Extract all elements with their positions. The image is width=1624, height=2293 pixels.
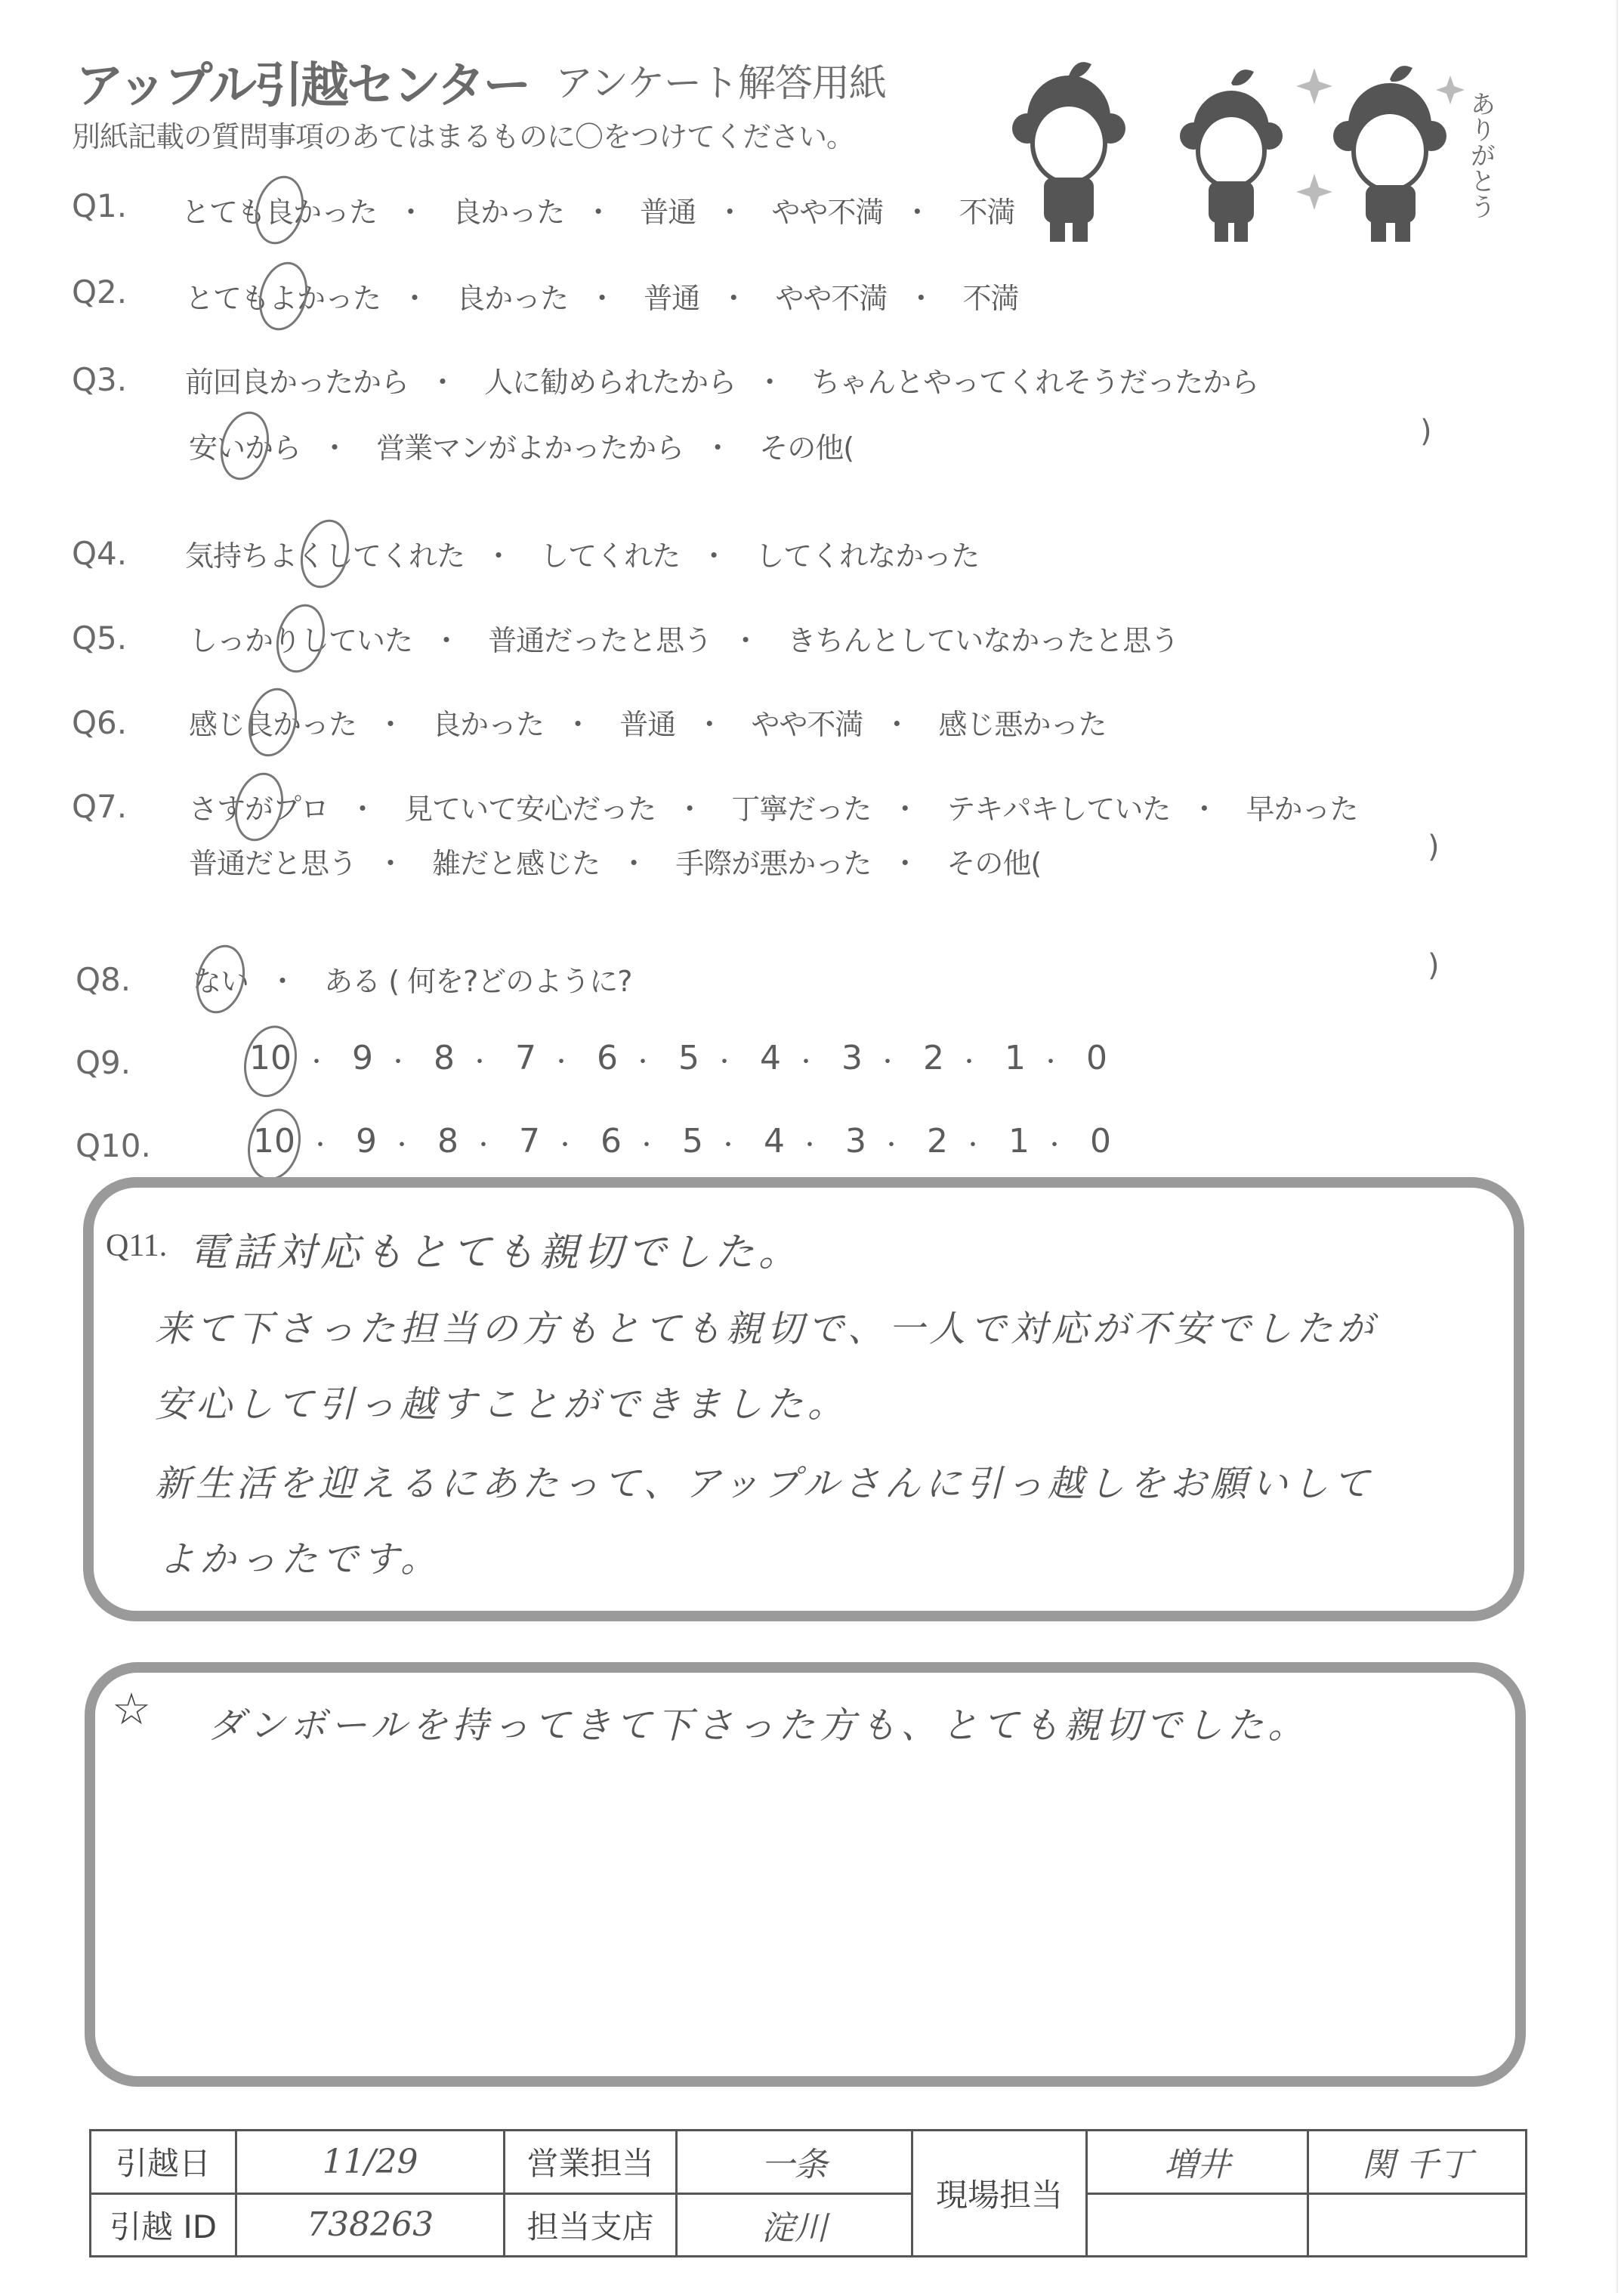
q6-label: Q6. xyxy=(72,704,127,741)
field-staff-1[interactable]: 増井 xyxy=(1087,2131,1308,2194)
q3-close-paren: ) xyxy=(1420,414,1432,449)
q11-line-1: 電話対応もとても親切でした。 xyxy=(189,1220,802,1277)
q6-option-5[interactable]: 感じ悪かった xyxy=(939,701,1107,743)
q11-line-3: 安心して引っ越すことができました。 xyxy=(155,1375,848,1427)
q9-score-10[interactable]: 10 xyxy=(249,1039,292,1077)
q7-close-paren: ) xyxy=(1428,830,1440,864)
q10-score-7[interactable]: 7 xyxy=(519,1122,540,1160)
q5-label: Q5. xyxy=(72,620,127,657)
q7-option-4[interactable]: テキパキしていた xyxy=(946,786,1170,827)
q5-option-2[interactable]: 普通だったと思う xyxy=(488,617,712,659)
q8-options: ない・ ある ( 何を?どのように? xyxy=(193,958,631,1000)
q5-option-3[interactable]: きちんとしていなかったと思う xyxy=(787,617,1178,659)
q3-option-2[interactable]: 人に勧められたから xyxy=(484,359,736,400)
q1-option-1[interactable]: とても良かった xyxy=(181,189,377,230)
q11-label: Q11. xyxy=(106,1228,167,1264)
sales-rep-value[interactable]: 一条 xyxy=(676,2131,912,2194)
q7-option-3[interactable]: 丁寧だった xyxy=(731,786,871,827)
q6-option-4[interactable]: やや不満 xyxy=(751,701,863,743)
q1-option-2[interactable]: 良かった xyxy=(452,189,564,230)
q10-score-10[interactable]: 10 xyxy=(253,1122,295,1160)
q4-option-3[interactable]: してくれなかった xyxy=(755,533,979,574)
q7-label: Q7. xyxy=(72,788,127,825)
q3-label: Q3. xyxy=(72,361,127,398)
q9-score-9[interactable]: 9 xyxy=(352,1039,373,1077)
field-staff-4[interactable] xyxy=(1308,2193,1526,2257)
q9-score-0[interactable]: 0 xyxy=(1086,1039,1107,1077)
monkey-mascots-icon: ありがとう xyxy=(997,45,1496,242)
company-title: アップル引越センター xyxy=(76,47,529,116)
q2-label: Q2. xyxy=(72,273,127,311)
q6-option-2[interactable]: 良かった xyxy=(432,701,544,743)
q8-close-paren: ) xyxy=(1428,948,1440,983)
mascot-illustration: ありがとう xyxy=(997,45,1496,242)
q8-label: Q8. xyxy=(76,961,131,998)
q1-option-3[interactable]: 普通 xyxy=(640,189,696,230)
q10-score-6[interactable]: 6 xyxy=(601,1122,622,1160)
notes-text: ダンボールを持ってきて下さった方も、とても親切でした。 xyxy=(208,1696,1309,1748)
q7-option-8[interactable]: 手際が悪かった xyxy=(675,840,871,882)
q2-option-4[interactable]: やや不満 xyxy=(775,275,887,317)
q4-options: 気持ちよくしてくれた・ してくれた・ してくれなかった xyxy=(185,533,979,574)
q1-label: Q1. xyxy=(72,187,127,224)
q7-option-5[interactable]: 早かった xyxy=(1246,786,1358,827)
q10-score-1[interactable]: 1 xyxy=(1008,1122,1030,1160)
sales-rep-label: 営業担当 xyxy=(505,2131,677,2194)
q9-scale: 10・ 9・ 8・ 7・ 6・ 5・ 4・ 3・ 2・ 1・ 0 xyxy=(249,1039,1107,1077)
q4-option-2[interactable]: してくれた xyxy=(540,533,680,574)
q3-option-1[interactable]: 前回良かったから xyxy=(185,359,409,400)
q1-option-4[interactable]: やや不満 xyxy=(771,189,883,230)
q10-score-0[interactable]: 0 xyxy=(1090,1122,1111,1160)
q9-score-3[interactable]: 3 xyxy=(841,1039,863,1077)
move-date-label: 引越日 xyxy=(91,2131,236,2194)
q3-option-4[interactable]: 安いから xyxy=(189,425,301,466)
q4-option-1[interactable]: 気持ちよくしてくれた xyxy=(185,533,465,574)
q1-options: とても良かった・ 良かった・ 普通・ やや不満・ 不満 xyxy=(181,189,1015,230)
q10-score-3[interactable]: 3 xyxy=(845,1122,866,1160)
q11-line-2: 来て下さった担当の方もとても親切で、一人で対応が不安でしたが xyxy=(155,1299,1378,1352)
field-staff-3[interactable] xyxy=(1087,2193,1308,2257)
q2-option-5[interactable]: 不満 xyxy=(963,275,1019,317)
field-staff-label: 現場担当 xyxy=(912,2131,1087,2257)
q6-option-3[interactable]: 普通 xyxy=(619,701,675,743)
q9-label: Q9. xyxy=(76,1044,131,1081)
q1-option-5[interactable]: 不満 xyxy=(959,189,1015,230)
q7-option-2[interactable]: 見ていて安心だった xyxy=(404,786,656,827)
move-date-value[interactable]: 11/29 xyxy=(236,2131,505,2194)
q3-options-line2: 安いから・ 営業マンがよかったから・ その他( xyxy=(189,425,854,466)
q6-option-1[interactable]: 感じ良かった xyxy=(189,701,357,743)
move-id-value[interactable]: 738263 xyxy=(236,2193,505,2257)
branch-value[interactable]: 淀川 xyxy=(676,2193,912,2257)
q10-score-5[interactable]: 5 xyxy=(682,1122,703,1160)
instruction-text: 別紙記載の質問事項のあてはまるものに〇をつけてください。 xyxy=(72,113,854,155)
q2-option-3[interactable]: 普通 xyxy=(644,275,699,317)
q9-score-4[interactable]: 4 xyxy=(760,1039,781,1077)
q10-score-4[interactable]: 4 xyxy=(764,1122,785,1160)
q4-label: Q4. xyxy=(72,535,127,572)
q2-option-2[interactable]: 良かった xyxy=(456,275,568,317)
q9-score-7[interactable]: 7 xyxy=(515,1039,536,1077)
q5-options: しっかりしていた・ 普通だったと思う・ きちんとしていなかったと思う xyxy=(189,617,1178,659)
star-icon: ☆ xyxy=(112,1683,151,1735)
q9-score-8[interactable]: 8 xyxy=(434,1039,455,1077)
form-title: アンケート解答用紙 xyxy=(555,53,886,107)
q9-score-2[interactable]: 2 xyxy=(923,1039,944,1077)
q6-options: 感じ良かった・ 良かった・ 普通・ やや不満・ 感じ悪かった xyxy=(189,701,1107,743)
q3-option-3[interactable]: ちゃんとやってくれそうだったから xyxy=(811,359,1258,400)
field-staff-2[interactable]: 関 千丁 xyxy=(1308,2131,1526,2194)
move-id-label: 引越 ID xyxy=(91,2193,236,2257)
q3-options-line1: 前回良かったから・ 人に勧められたから・ ちゃんとやってくれそうだったから xyxy=(185,359,1258,400)
move-info-table: 引越日 11/29 営業担当 一条 現場担当 増井 関 千丁 引越 ID 738… xyxy=(89,2129,1527,2257)
q9-score-5[interactable]: 5 xyxy=(678,1039,699,1077)
q10-label: Q10. xyxy=(76,1127,151,1164)
q11-line-5: よかったです。 xyxy=(159,1530,441,1582)
q8-option-2[interactable]: ある ( 何を?どのように? xyxy=(324,958,631,1000)
q7-option-1[interactable]: さすがプロ xyxy=(189,786,329,827)
q11-line-4: 新生活を迎えるにあたって、アップルさんに引っ越しをお願いして xyxy=(155,1454,1374,1507)
scan-edge-line xyxy=(1616,0,1618,2293)
q7-options-line2: 普通だと思う・ 雑だと感じた・ 手際が悪かった・ その他( xyxy=(189,840,1041,882)
q10-score-8[interactable]: 8 xyxy=(437,1122,458,1160)
q5-option-1[interactable]: しっかりしていた xyxy=(189,617,412,659)
q10-score-9[interactable]: 9 xyxy=(356,1122,377,1160)
q7-option-6[interactable]: 普通だと思う xyxy=(189,840,357,882)
q7-option-other[interactable]: その他( xyxy=(946,840,1041,882)
q3-option-5[interactable]: 営業マンがよかったから xyxy=(376,425,684,466)
branch-label: 担当支店 xyxy=(505,2193,677,2257)
q8-option-1[interactable]: ない xyxy=(193,958,249,1000)
q10-score-2[interactable]: 2 xyxy=(927,1122,948,1160)
q9-score-6[interactable]: 6 xyxy=(597,1039,618,1077)
mascot-caption: ありがとう xyxy=(1465,91,1496,219)
q9-score-1[interactable]: 1 xyxy=(1005,1039,1026,1077)
q7-option-7[interactable]: 雑だと感じた xyxy=(432,840,600,882)
q2-option-1[interactable]: とてもよかった xyxy=(185,275,381,317)
q10-scale: 10・ 9・ 8・ 7・ 6・ 5・ 4・ 3・ 2・ 1・ 0 xyxy=(253,1122,1111,1160)
q2-options: とてもよかった・ 良かった・ 普通・ やや不満・ 不満 xyxy=(185,275,1019,317)
q3-option-other[interactable]: その他( xyxy=(759,425,854,466)
q7-options-line1: さすがプロ・ 見ていて安心だった・ 丁寧だった・ テキパキしていた・ 早かった xyxy=(189,786,1358,827)
